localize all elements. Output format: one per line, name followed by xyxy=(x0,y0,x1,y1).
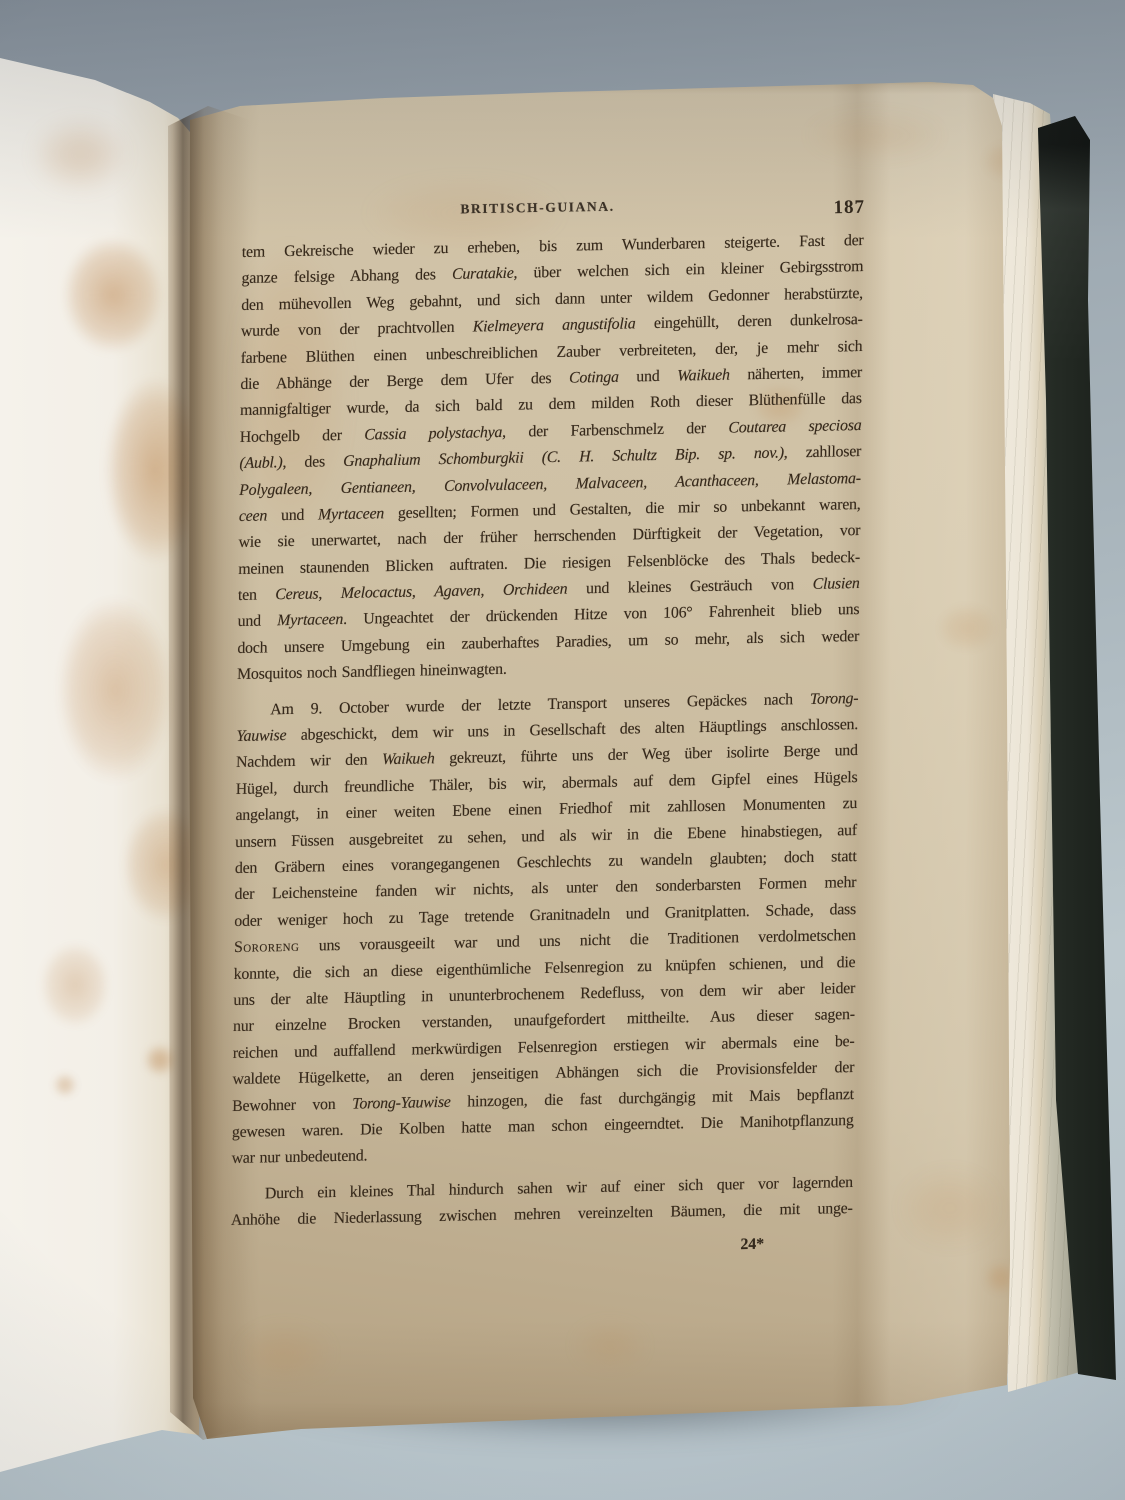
foxing-stain xyxy=(930,598,1005,658)
page-number: 187 xyxy=(825,197,865,220)
book-page: BRITISCH-GUIANA. 187 tem Gekreische wied… xyxy=(185,78,1015,1443)
foxing-stain xyxy=(48,220,178,370)
facing-page-edge xyxy=(0,50,205,1480)
body-text: tem Gekreische wieder zu erheben, bis zu… xyxy=(230,228,863,1268)
foxing-stain xyxy=(20,110,140,200)
foxing-stain xyxy=(225,1318,345,1388)
foxing-stain xyxy=(40,570,190,810)
foxing-stain xyxy=(785,108,965,163)
book-photograph: BRITISCH-GUIANA. 187 tem Gekreische wied… xyxy=(0,0,1125,1500)
foxing-stain xyxy=(565,1318,655,1373)
foxing-stain xyxy=(140,1040,180,1080)
foxing-stain xyxy=(885,1158,1015,1258)
foxing-stain xyxy=(30,930,120,1040)
signature-mark: 24* xyxy=(740,1236,764,1253)
foxing-stain xyxy=(50,1070,80,1100)
running-title: BRITISCH-GUIANA. xyxy=(455,199,620,218)
signature-mark-line: 24* xyxy=(230,1230,852,1268)
